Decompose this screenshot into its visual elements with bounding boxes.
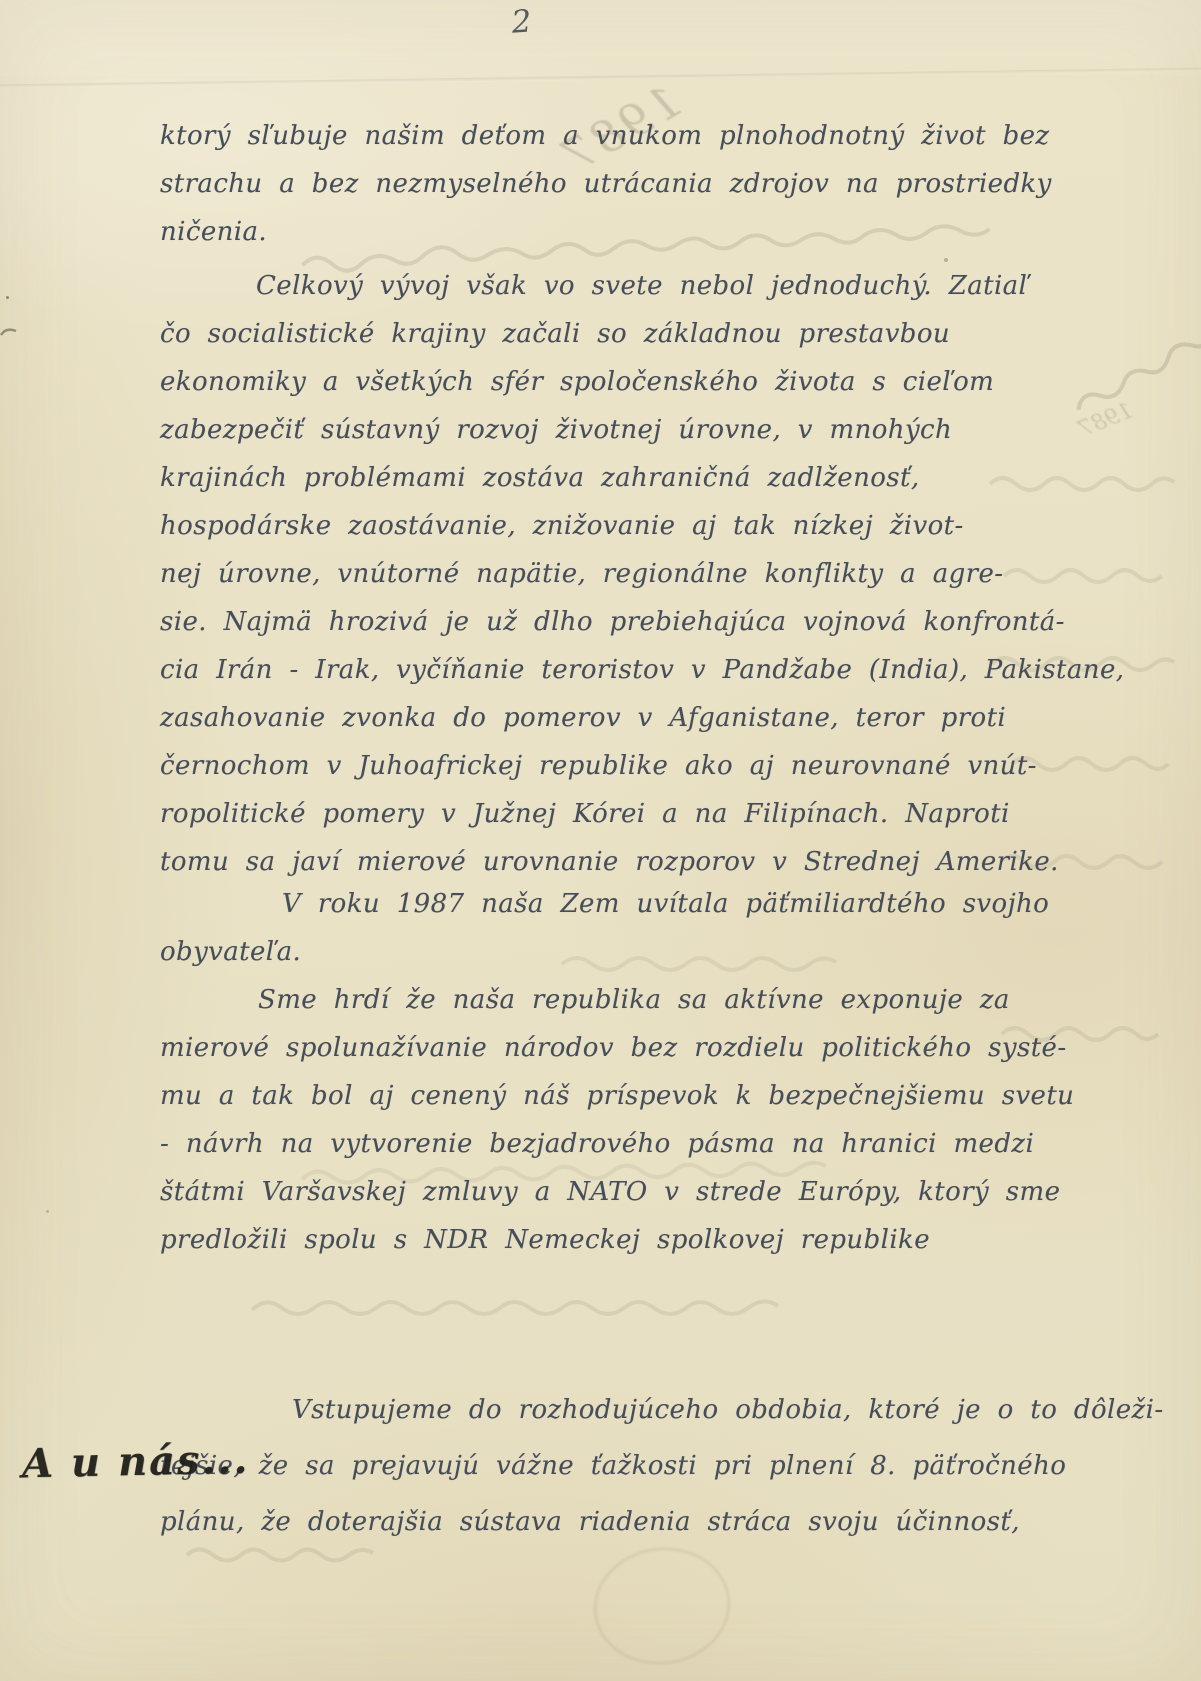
paper-light-band (0, 0, 1201, 76)
handwritten-line: sie. Najmä hrozivá je už dlho prebiehajú… (160, 598, 1124, 646)
handwritten-line: ktorý sľubuje našim deťom a vnukom plnoh… (160, 112, 1052, 160)
paragraph-4: Sme hrdí že naša republika sa aktívne ex… (160, 976, 1074, 1264)
handwritten-line: ničenia. (160, 208, 1052, 256)
handwritten-line: tejšie, že sa prejavujú vážne ťažkosti p… (160, 1438, 1164, 1494)
paragraph-2: Celkový vývoj však vo svete nebol jednod… (160, 262, 1124, 886)
ink-speck (46, 1210, 49, 1213)
handwritten-line: čo socialistické krajiny začali so zákla… (160, 310, 1124, 358)
handwritten-line: cia Irán - Irak, vyčíňanie teroristov v … (160, 646, 1124, 694)
handwritten-line: černochom v Juhoafrickej republike ako a… (160, 742, 1124, 790)
handwritten-line: zasahovanie zvonka do pomerov v Afganist… (160, 694, 1124, 742)
edge-ink-mark (0, 326, 18, 340)
paragraph-1: ktorý sľubuje našim deťom a vnukom plnoh… (160, 112, 1052, 256)
paragraph-3: V roku 1987 naša Zem uvítala päťmiliardt… (160, 880, 1049, 976)
handwritten-line: hospodárske zaostávanie, znižovanie aj t… (160, 502, 1124, 550)
handwritten-line: V roku 1987 naša Zem uvítala päťmiliardt… (160, 880, 1049, 928)
handwritten-line: strachu a bez nezmyselného utrácania zdr… (160, 160, 1052, 208)
handwritten-line: obyvateľa. (160, 928, 1049, 976)
handwritten-line: Sme hrdí že naša republika sa aktívne ex… (160, 976, 1074, 1024)
handwritten-line: mierové spolunažívanie národov bez rozdi… (160, 1024, 1074, 1072)
page-number: 2 (491, 2, 553, 42)
handwritten-line: Celkový vývoj však vo svete nebol jednod… (160, 262, 1124, 310)
handwritten-line: Vstupujeme do rozhodujúceho obdobia, kto… (160, 1382, 1164, 1438)
scanned-handwritten-page: 2 1987 1987 ktorý sľubuje našim deťom a … (0, 0, 1201, 1681)
handwritten-line: mu a tak bol aj cenený náš príspevok k b… (160, 1072, 1074, 1120)
handwritten-line: zabezpečiť sústavný rozvoj životnej úrov… (160, 406, 1124, 454)
handwritten-line: nej úrovne, vnútorné napätie, regionálne… (160, 550, 1124, 598)
handwritten-line: tomu sa javí mierové urovnanie rozporov … (160, 838, 1124, 886)
paragraph-5: Vstupujeme do rozhodujúceho obdobia, kto… (160, 1382, 1164, 1550)
handwritten-line: predložili spolu s NDR Nemeckej spolkove… (160, 1216, 1074, 1264)
handwritten-line: krajinách problémami zostáva zahraničná … (160, 454, 1124, 502)
handwritten-line: ekonomiky a všetkých sfér spoločenského … (160, 358, 1124, 406)
bleed-through-mark (250, 1292, 890, 1324)
handwritten-line: - návrh na vytvorenie bezjadrového pásma… (160, 1120, 1074, 1168)
handwritten-line: štátmi Varšavskej zmluvy a NATO v strede… (160, 1168, 1074, 1216)
handwritten-line: ropolitické pomery v Južnej Kórei a na F… (160, 790, 1124, 838)
margin-note: A u nás... (22, 1436, 250, 1488)
stamp-ghost (587, 1539, 738, 1673)
ink-speck (6, 296, 9, 299)
handwritten-line: plánu, že doterajšia sústava riadenia st… (160, 1494, 1164, 1550)
